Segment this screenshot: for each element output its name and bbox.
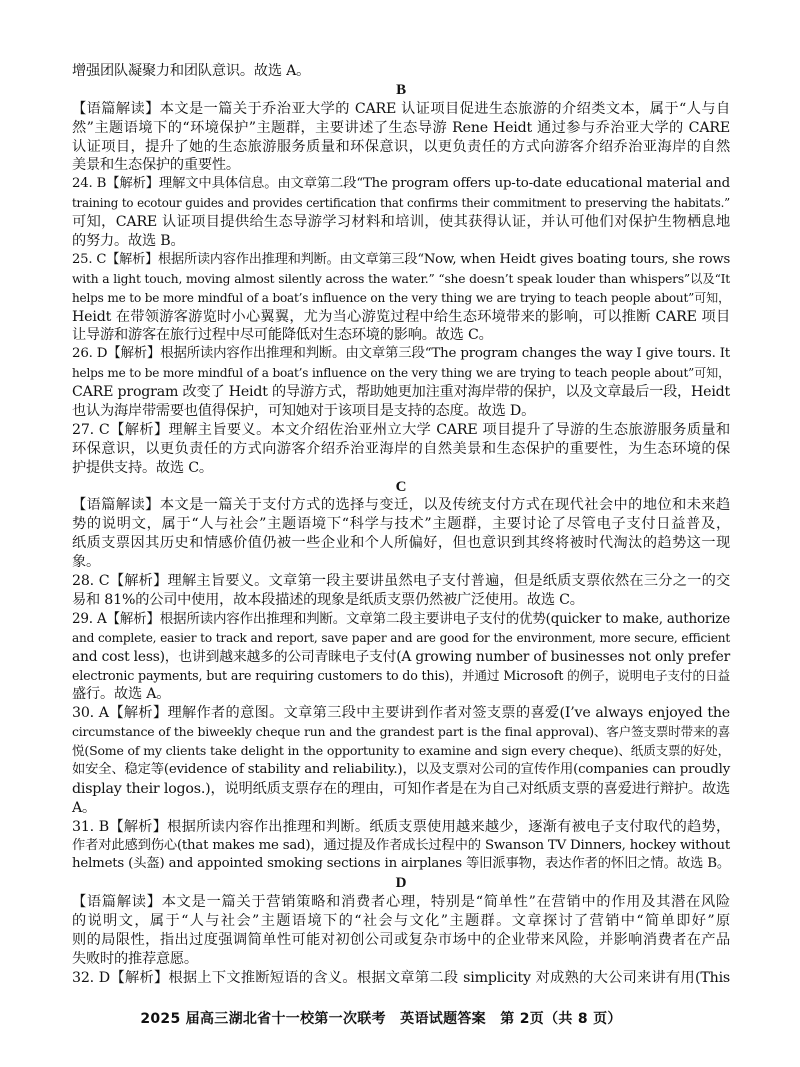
text-line: display their logos.)，说明纸质支票存在的理由，可知作者是在… (72, 780, 730, 799)
text-line: and complete, easier to track and report… (72, 629, 730, 648)
text-line: 28. C【解析】理解主旨要义。文章第一段主要讲虽然电子支付普遍，但是纸质支票依… (72, 572, 730, 591)
text-line: and cost less)，也讲到越来越多的公司青睐电子支付(A growin… (72, 648, 730, 667)
page-footer: 2025 届高三湖北省十一校第一次联考 英语试题答案 第 2页（共 8 页） (0, 1008, 762, 1028)
text-line: helmets (头盔) and appointed smoking secti… (72, 855, 730, 874)
text-line: 易和 81%的公司中使用，故本段描述的现象是纸质支票仍然被广泛使用。故选 C。 (72, 591, 730, 610)
text-line: 环保意识，以更负责任的方式向游客介绍乔治亚海岸的自然美景和生态保护的重要性，为生… (72, 440, 730, 459)
text-line: helps me to be more mindful of a boat’s … (72, 364, 730, 383)
text-line: 可知，CARE 认证项目提供给生态导游学习材料和培训，使其获得认证，并认可他们对… (72, 213, 730, 232)
text-line: 护提供支持。故选 C。 (72, 459, 730, 478)
text-line: 32. D【解析】根据上下文推断短语的含义。根据文章第二段 simplicity… (72, 969, 730, 988)
answer-key-page: 增强团队凝聚力和团队意识。故选 A。B【语篇解读】本文是一篇关于乔治亚大学的 C… (72, 62, 730, 988)
text-line: 【语篇解读】本文是一篇关于乔治亚大学的 CARE 认证项目促进生态旅游的介绍类文… (72, 100, 730, 119)
text-line: 【语篇解读】本文是一篇关于支付方式的选择与变迁，以及传统支付方式在现代社会中的地… (72, 496, 730, 515)
text-line: 让导游和游客在旅行过程中尽可能降低对生态环境的影响。故选 C。 (72, 326, 730, 345)
text-line: 然”主题语境下的“环境保护”主题群，主要讲述了生态导游 Rene Heidt 通… (72, 119, 730, 138)
text-line: 也认为海岸带需要也值得保护，可知她对于该项目是支持的态度。故选 D。 (72, 402, 730, 421)
text-line: 势的说明文，属于“人与社会”主题语境下“科学与技术”主题群，主要讨论了尽管电子支… (72, 515, 730, 534)
text-line: 31. B【解析】根据所读内容作出推理和判断。纸质支票使用越来越少，逐渐有被电子… (72, 818, 730, 837)
text-line: helps me to be more mindful of a boat’s … (72, 289, 730, 308)
text-line: 27. C【解析】理解主旨要义。本文介绍佐治亚州立大学 CARE 项目提升了导游… (72, 421, 730, 440)
text-line: electronic payments, but are requiring c… (72, 667, 730, 686)
text-line: 25. C【解析】根据所读内容作出推理和判断。由文章第三段“Now, when … (72, 251, 730, 270)
text-line: 悦(Some of my clients take delight in the… (72, 742, 730, 761)
text-line: 26. D【解析】根据所读内容作出推理和判断。由文章第三段“The progra… (72, 345, 730, 364)
text-line: Heidt 在带领游客游览时小心翼翼，尤为当心游览过程中给生态环境带来的影响，可… (72, 308, 730, 327)
text-line: 盛行。故选 A。 (72, 685, 730, 704)
text-line: 失败时的推荐意愿。 (72, 950, 730, 969)
text-line: 作者对此感到伤心(that makes me sad)，通过提及作者成长过程中的… (72, 837, 730, 856)
text-line: 如安全、稳定等(evidence of stability and reliab… (72, 761, 730, 780)
section-heading: B (72, 81, 730, 100)
text-line: 的说明文，属于“人与社会”主题语境下的“社会与文化”主题群。文章探讨了营销中“简… (72, 912, 730, 931)
text-line: with a light touch, moving almost silent… (72, 270, 730, 289)
text-line: 29. A【解析】根据所读内容作出推理和判断。文章第二段主要讲电子支付的优势(q… (72, 610, 730, 629)
text-line: A。 (72, 799, 730, 818)
text-line: 增强团队凝聚力和团队意识。故选 A。 (72, 62, 730, 81)
text-line: 的努力。故选 B。 (72, 232, 730, 251)
section-heading: D (72, 874, 730, 893)
text-line: 美景和生态保护的重要性。 (72, 156, 730, 175)
text-line: 认证项目，提升了她的生态旅游服务质量和环保意识，以更负责任的方式向游客介绍乔治亚… (72, 138, 730, 157)
text-line: CARE program 改变了 Heidt 的导游方式，帮助她更加注重对海岸带… (72, 383, 730, 402)
text-line: training to ecotour guides and provides … (72, 194, 730, 213)
text-line: 纸质支票因其历史和情感价值仍被一些企业和个人所偏好，但也意识到其终将被时代淘汰的… (72, 534, 730, 553)
text-line: 象。 (72, 553, 730, 572)
text-line: 24. B【解析】理解文中具体信息。由文章第二段“The program off… (72, 175, 730, 194)
text-line: 则的局限性，指出过度强调简单性可能对初创公司或复杂市场中的企业带来风险，并影响消… (72, 931, 730, 950)
text-line: 30. A【解析】理解作者的意图。文章第三段中主要讲到作者对签支票的喜爱(I’v… (72, 704, 730, 723)
section-heading: C (72, 478, 730, 497)
text-line: circumstance of the biweekly cheque run … (72, 723, 730, 742)
text-line: 【语篇解读】本文是一篇关于营销策略和消费者心理，特别是“简单性”在营销中的作用及… (72, 893, 730, 912)
